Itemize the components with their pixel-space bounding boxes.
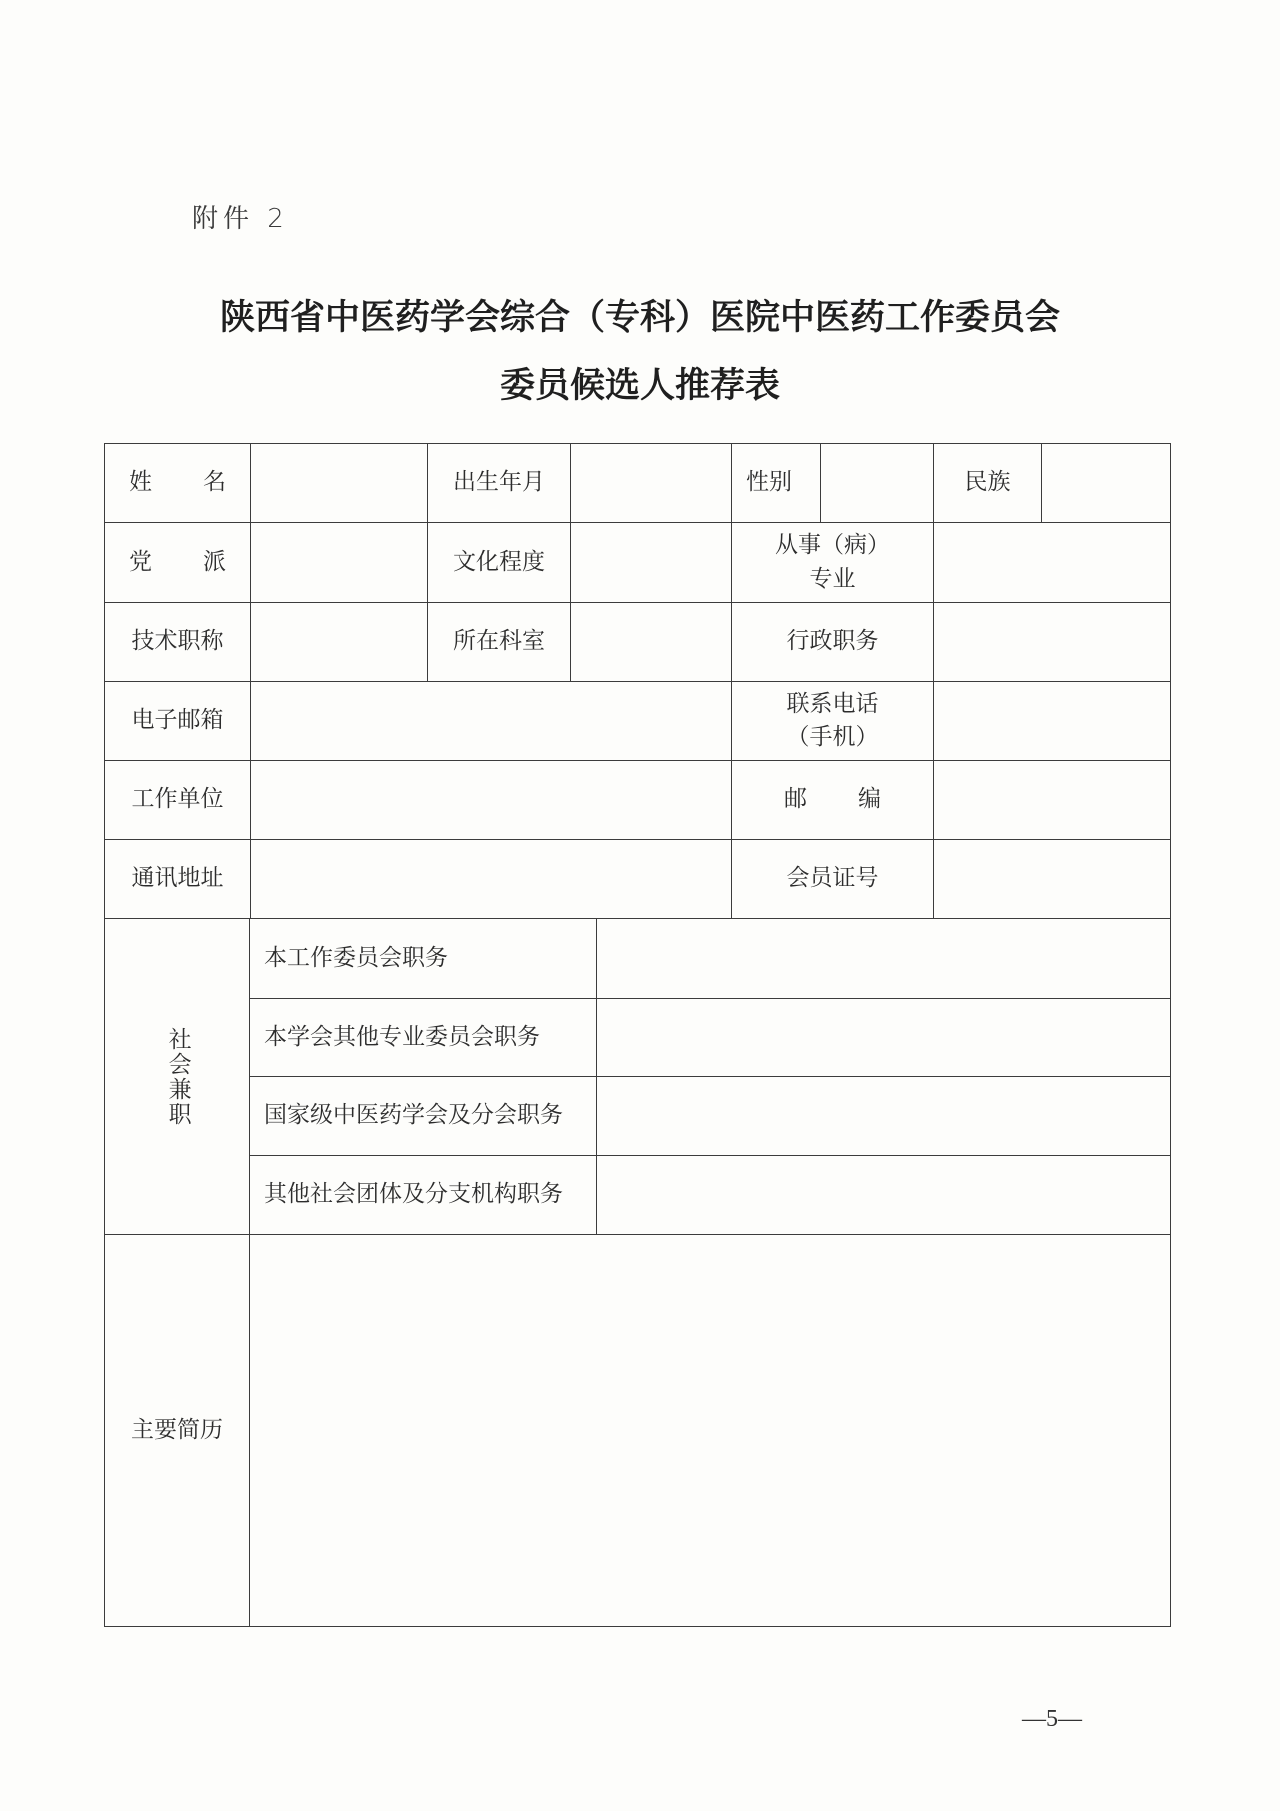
social-item-field[interactable] [596,1076,1171,1156]
birth-date-label: 出生年月 [427,443,571,523]
social-item-field[interactable] [596,1155,1171,1235]
phone-label: 联系电话 （手机） [731,681,934,761]
address-label: 通讯地址 [104,839,251,919]
ethnicity-label: 民族 [933,443,1042,523]
department-label: 所在科室 [427,602,571,682]
email-field[interactable] [250,681,732,761]
address-field[interactable] [250,839,732,919]
social-item-label: 本工作委员会职务 [249,918,597,999]
name-label: 姓 名 [104,443,251,523]
form-title-line2: 委员候选人推荐表 [0,358,1280,408]
party-label-char1: 党 [129,546,152,579]
social-positions-label-text: 社会兼职 [160,1027,193,1127]
social-item-label: 国家级中医药学会及分会职务 [249,1076,597,1156]
name-label-char2: 名 [203,466,226,499]
postcode-label: 邮 编 [731,760,934,840]
social-item-field[interactable] [596,998,1171,1077]
name-field[interactable] [250,443,428,523]
social-item-field[interactable] [596,918,1171,999]
department-field[interactable] [570,602,732,682]
birth-date-field[interactable] [570,443,732,523]
postcode-field[interactable] [933,760,1171,840]
resume-field[interactable] [249,1234,1171,1627]
phone-field[interactable] [933,681,1171,761]
ethnicity-field[interactable] [1041,443,1171,523]
name-label-char1: 姓 [129,466,152,499]
postcode-label-char2: 编 [858,783,881,816]
party-label: 党 派 [104,522,251,603]
education-label: 文化程度 [427,522,571,603]
specialty-field[interactable] [933,522,1171,603]
education-field[interactable] [570,522,732,603]
postcode-label-char1: 邮 [784,783,807,816]
technical-title-label: 技术职称 [104,602,251,682]
resume-label: 主要简历 [104,1234,250,1627]
technical-title-field[interactable] [250,602,428,682]
employer-label: 工作单位 [104,760,251,840]
employer-field[interactable] [250,760,732,840]
social-positions-label: 社会兼职 [104,918,250,1235]
party-label-char2: 派 [203,546,226,579]
member-id-label: 会员证号 [731,839,934,919]
social-item-label-text: 其他社会团体及分支机构职务 [264,1178,584,1211]
social-item-label: 本学会其他专业委员会职务 [249,998,597,1077]
party-field[interactable] [250,522,428,603]
social-item-label-text: 国家级中医药学会及分会职务 [264,1099,584,1132]
form-title-line1: 陕西省中医药学会综合（专科）医院中医药工作委员会 [0,290,1280,340]
admin-position-field[interactable] [933,602,1171,682]
gender-label: 性别 [731,443,821,523]
specialty-label: 从事（病） 专业 [731,522,934,603]
gender-field[interactable] [820,443,934,523]
admin-position-label: 行政职务 [731,602,934,682]
member-id-field[interactable] [933,839,1171,919]
social-item-label: 其他社会团体及分支机构职务 [249,1155,597,1235]
page-number: —5— [1022,1706,1082,1733]
email-label: 电子邮箱 [104,681,251,761]
attachment-label: 附件 2 [192,198,289,235]
